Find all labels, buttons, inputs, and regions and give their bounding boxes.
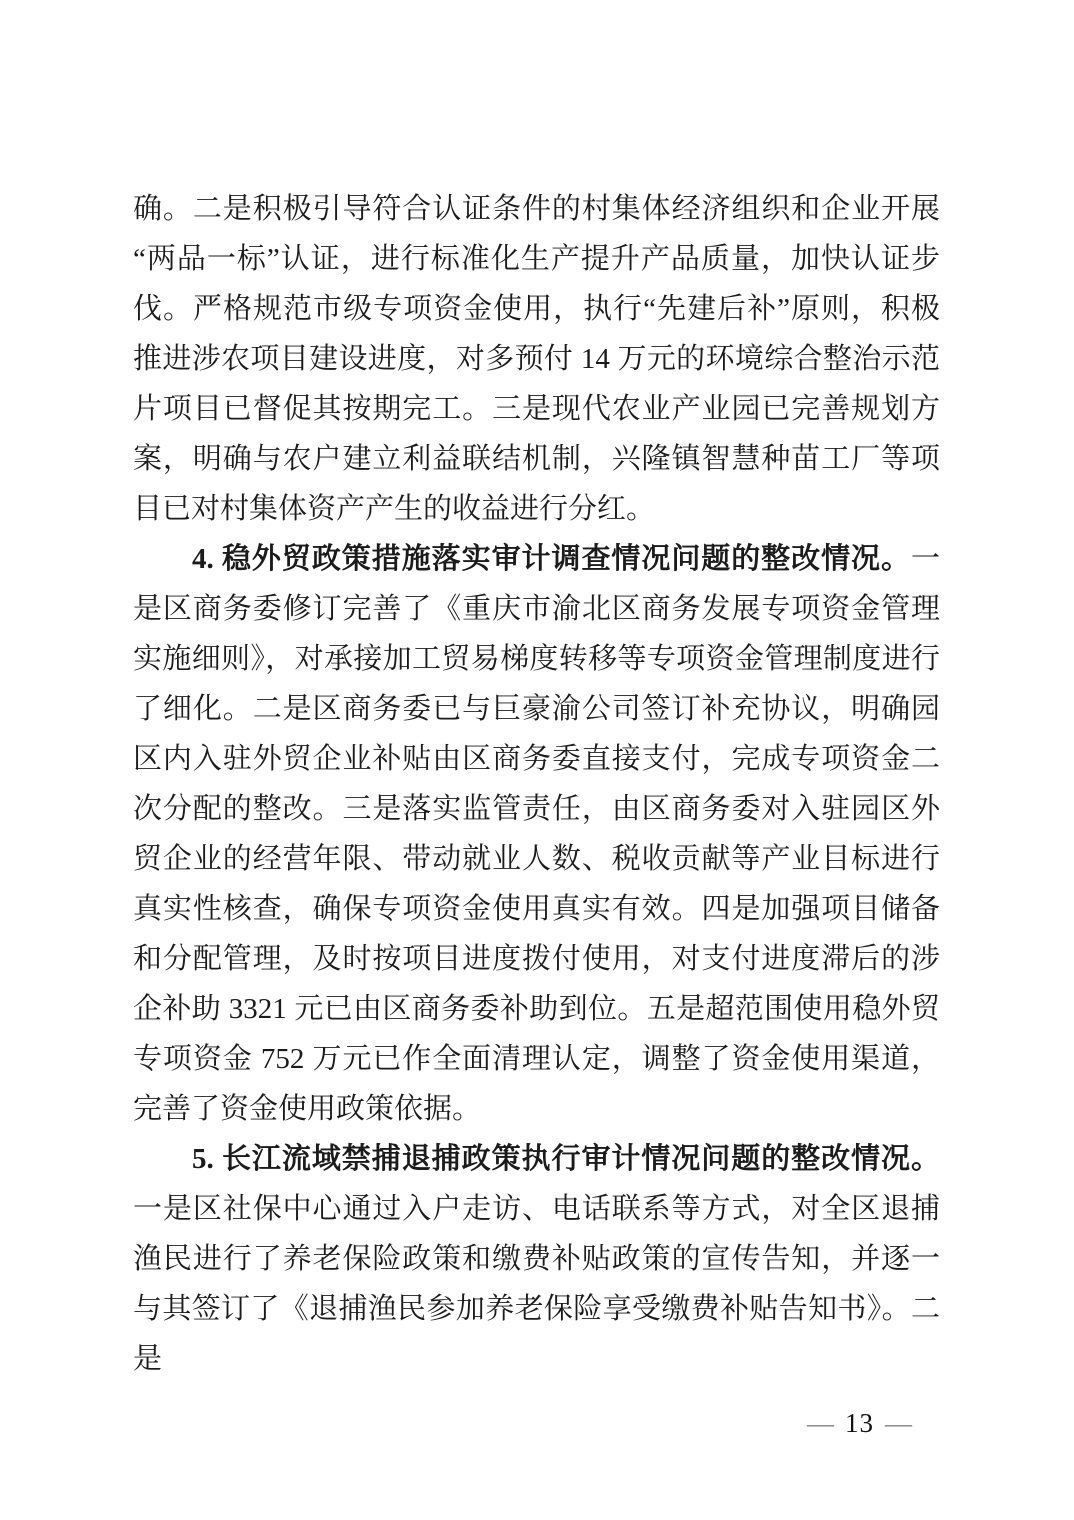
footer-dash-right: — <box>885 1408 912 1438</box>
document-body: 确。二是积极引导符合认证条件的村集体经济组织和企业开展“两品一标”认证，进行标准… <box>133 184 940 1384</box>
page-number: 13 <box>845 1408 874 1438</box>
paragraph: 5. 长江流域禁捕退捕政策执行审计情况问题的整改情况。一是区社保中心通过入户走访… <box>133 1134 940 1384</box>
section-heading: 5. 长江流域禁捕退捕政策执行审计情况问题的整改情况。 <box>192 1143 940 1175</box>
section-heading: 4. 稳外贸政策措施落实审计调查情况问题的整改情况。 <box>192 543 911 575</box>
paragraph: 确。二是积极引导符合认证条件的村集体经济组织和企业开展“两品一标”认证，进行标准… <box>133 184 940 534</box>
paragraph: 4. 稳外贸政策措施落实审计调查情况问题的整改情况。一是区商务委修订完善了《重庆… <box>133 534 940 1134</box>
document-page: 确。二是积极引导符合认证条件的村集体经济组织和企业开展“两品一标”认证，进行标准… <box>0 0 1074 1520</box>
body-text: 一是区商务委修订完善了《重庆市渝北区商务发展专项资金管理实施细则》，对承接加工贸… <box>133 543 940 1125</box>
footer-dash-left: — <box>807 1408 834 1438</box>
body-text: 确。二是积极引导符合认证条件的村集体经济组织和企业开展“两品一标”认证，进行标准… <box>133 193 940 525</box>
page-footer: —13— <box>807 1406 912 1440</box>
body-text: 一是区社保中心通过入户走访、电话联系等方式，对全区退捕渔民进行了养老保险政策和缴… <box>133 1193 940 1375</box>
